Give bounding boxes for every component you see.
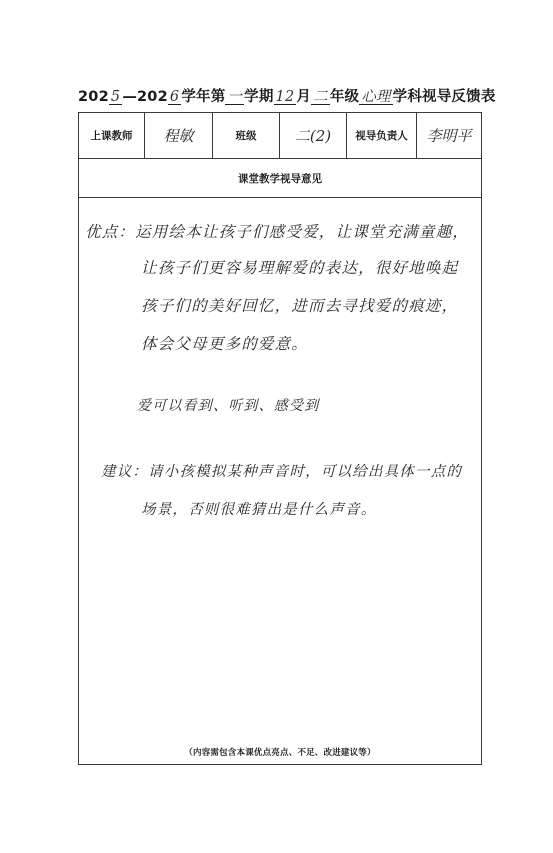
term-fill[interactable]: 一 [225, 90, 244, 105]
label-school-year: 学年第 [181, 89, 225, 105]
subject-fill[interactable]: 心理 [359, 90, 392, 105]
feedback-content[interactable]: 优点：运用绘本让孩子们感受爱，让课堂充满童趣， 让孩子们更容易理解爱的表达，很好… [79, 198, 481, 764]
year-end-fill[interactable]: 6 [168, 90, 181, 105]
page-title: 2025—2026学年第一学期12月二年级心理学科视导反馈表 [78, 85, 483, 106]
year-start-prefix: 202 [78, 89, 109, 105]
supervisor-value[interactable]: 李明平 [417, 113, 481, 158]
month-fill[interactable]: 12 [274, 90, 297, 105]
year-end-prefix: 202 [137, 89, 168, 105]
grade-fill[interactable]: 二 [311, 90, 330, 105]
info-row: 上课教师 程敏 班级 二(2) 视导负责人 李明平 [79, 113, 481, 159]
supervisor-label: 视导负责人 [347, 113, 417, 158]
suggestion-line-2: 场景，否则很难猜出是什么声音。 [141, 498, 377, 519]
label-term: 学期 [244, 89, 273, 105]
label-suffix: 学科视导反馈表 [393, 89, 496, 105]
feedback-form-table: 上课教师 程敏 班级 二(2) 视导负责人 李明平 课堂教学视导意见 优点：运用… [78, 112, 482, 765]
class-value[interactable]: 二(2) [280, 113, 347, 158]
label-grade: 年级 [330, 89, 359, 105]
year-start-fill[interactable]: 5 [109, 90, 122, 105]
strengths-line-2: 让孩子们更容易理解爱的表达，很好地唤起 [141, 256, 458, 278]
class-label: 班级 [213, 113, 280, 158]
label-month: 月 [296, 89, 311, 105]
strengths-line-4: 体会父母更多的爱意。 [141, 332, 308, 354]
teacher-value[interactable]: 程敏 [145, 113, 213, 158]
footer-note: （内容需包含本课优点亮点、不足、改进建议等） [79, 746, 481, 758]
teacher-label: 上课教师 [79, 113, 145, 158]
strengths-line-3: 孩子们的美好回忆，进而去寻找爱的痕迹， [141, 294, 458, 316]
strengths-line-1: 优点：运用绘本让孩子们感受爱，让课堂充满童趣， [85, 220, 469, 242]
year-dash: — [122, 89, 137, 105]
suggestion-line-1: 建议：请小孩模拟某种声音时，可以给出具体一点的 [101, 460, 462, 481]
section-title: 课堂教学视导意见 [79, 159, 481, 198]
note-line: 爱可以看到、听到、感受到 [137, 395, 319, 415]
